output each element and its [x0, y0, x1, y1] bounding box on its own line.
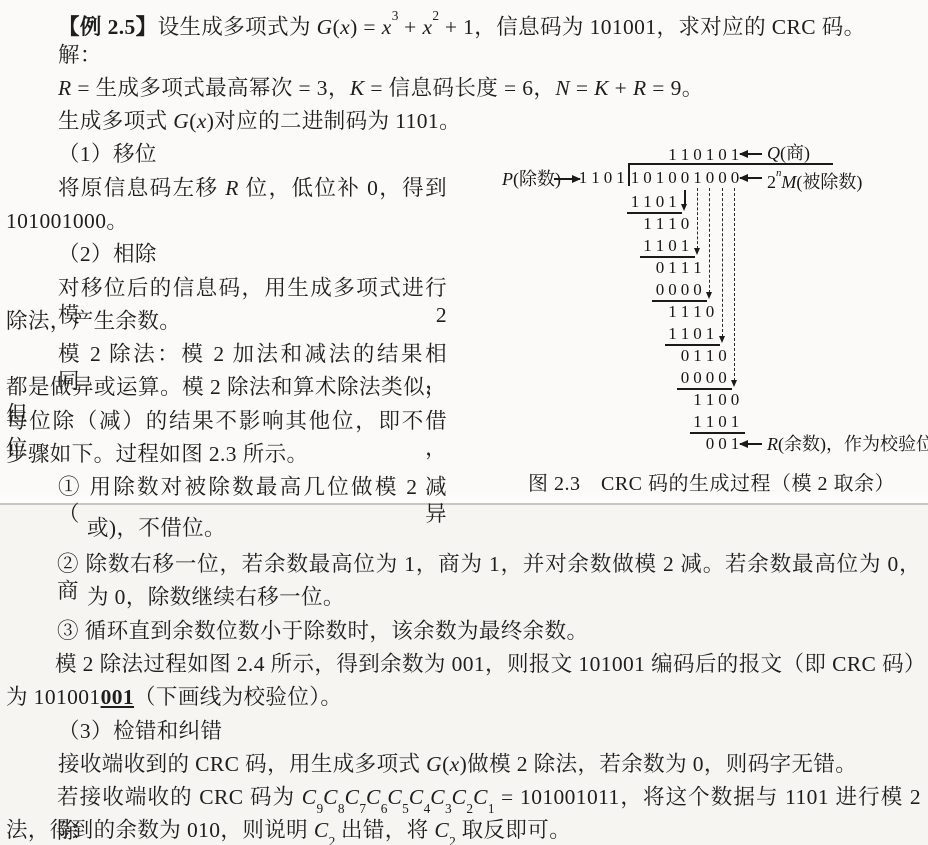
text-line: 除法，产生余数。: [6, 308, 181, 335]
quotient-digit: 1: [679, 145, 692, 165]
work-row-digit: 1: [654, 236, 667, 256]
text-line: 101001000。: [6, 208, 128, 235]
work-row-digit: 0: [679, 280, 692, 300]
left-arrow-icon: [740, 443, 762, 445]
crc-division-figure: P(除数) Q(商) 2nM(被除数) R(余数)，作为校验位 11011101…: [440, 138, 928, 503]
work-row-digit: 1: [666, 324, 679, 344]
dividend-digit: 0: [704, 168, 717, 188]
text-line: R = 生成多项式最高幂次 = 3，K = 信息码长度 = 6，N = K + …: [58, 75, 704, 102]
work-row-digit: 0: [729, 390, 742, 410]
work-row-digit: 1: [641, 214, 654, 234]
bring-down-dashed-line: [709, 188, 710, 293]
quotient-digit: 1: [704, 145, 717, 165]
work-row-digit: 0: [716, 390, 729, 410]
work-row-digit: 1: [666, 192, 679, 212]
remainder-label: R(余数)，作为校验位: [767, 433, 928, 455]
text-line: 解：: [58, 42, 102, 69]
document-page: 【例 2.5】设生成多项式为 G(x) = x3 + x2 + 1，信息码为 1…: [0, 0, 928, 845]
down-arrow-icon: [731, 380, 737, 387]
dividend-digit: 1: [629, 168, 642, 188]
text-line: 或)，不借位。: [87, 515, 226, 542]
dividend-digit: 1: [691, 168, 704, 188]
work-row-digit: 0: [654, 192, 667, 212]
work-row-digit: 1: [679, 324, 692, 344]
divisor-digit: 1: [614, 168, 627, 188]
work-row-digit: 0: [691, 324, 704, 344]
text-line: 接收端收到的 CRC 码，用生成多项式 G(x)做模 2 除法，若余数为 0，则…: [58, 751, 857, 778]
down-arrow-icon: [681, 204, 687, 211]
dividend-label: 2nM(被除数): [767, 167, 862, 193]
work-row-digit: 0: [716, 412, 729, 432]
work-row-digit: 0: [691, 368, 704, 388]
work-row-digit: 1: [641, 236, 654, 256]
bring-down-arrow-shaft: [684, 190, 686, 205]
work-row-digit: 1: [679, 236, 692, 256]
text-line: 将原信息码左移 R 位，低位补 0，得到: [58, 175, 447, 202]
work-row-digit: 0: [691, 280, 704, 300]
work-row-digit: 0: [666, 236, 679, 256]
work-row-digit: 0: [679, 214, 692, 234]
divisor-digit: 1: [589, 168, 602, 188]
quotient-digit: 0: [691, 145, 704, 165]
work-row-digit: 0: [716, 368, 729, 388]
text-line: （1）移位: [58, 141, 157, 168]
bring-down-dashed-line: [697, 188, 698, 249]
work-row-digit: 1: [704, 346, 717, 366]
text-line: 生成多项式 G(x)对应的二进制码为 1101。: [58, 108, 461, 135]
remainder-digit: 0: [716, 434, 729, 454]
left-arrow-icon: [740, 153, 762, 155]
quotient-digit: 0: [716, 145, 729, 165]
work-row-digit: 1: [666, 214, 679, 234]
remainder-digit: 0: [704, 434, 717, 454]
divisor-digit: 0: [602, 168, 615, 188]
work-row-digit: 1: [691, 412, 704, 432]
work-row-digit: 1: [704, 390, 717, 410]
work-row-digit: 1: [691, 346, 704, 366]
text-line: 法，得到的余数为 010，则说明 C2 出错，将 C2 取反即可。: [6, 817, 571, 845]
work-row-digit: 1: [654, 214, 667, 234]
work-row-digit: 0: [654, 258, 667, 278]
work-row-digit: 0: [704, 368, 717, 388]
work-row-digit: 0: [716, 346, 729, 366]
work-row-digit: 0: [666, 280, 679, 300]
bring-down-dashed-line: [734, 188, 735, 381]
text-line: 【例 2.5】设生成多项式为 G(x) = x3 + x2 + 1，信息码为 1…: [58, 8, 866, 41]
down-arrow-icon: [706, 292, 712, 299]
remainder-digit: 1: [729, 434, 742, 454]
quotient-digit: 1: [666, 145, 679, 165]
dividend-digit: 0: [679, 168, 692, 188]
work-row-digit: 1: [679, 258, 692, 278]
left-arrow-icon: [740, 177, 762, 179]
divisor-label: P(除数): [502, 168, 561, 190]
work-row-digit: 1: [691, 258, 704, 278]
work-row-digit: 0: [704, 302, 717, 322]
work-row-digit: 1: [704, 324, 717, 344]
work-row-digit: 1: [666, 258, 679, 278]
work-row-digit: 1: [729, 412, 742, 432]
down-arrow-icon: [719, 336, 725, 343]
work-row-digit: 1: [679, 302, 692, 322]
dividend-digit: 0: [666, 168, 679, 188]
work-row-digit: 1: [691, 302, 704, 322]
work-row-digit: 1: [629, 192, 642, 212]
dividend-digit: 1: [654, 168, 667, 188]
text-line: （2）相除: [58, 241, 157, 268]
dividend-digit: 0: [716, 168, 729, 188]
text-line: 步骤如下。过程如图 2.3 所示。: [6, 441, 308, 468]
bring-down-dashed-line: [722, 188, 723, 337]
work-row-digit: 1: [704, 412, 717, 432]
text-line: 为 101001001（下画线为校验位）。: [6, 684, 342, 711]
quotient-digit: 1: [729, 145, 742, 165]
dividend-digit: 0: [641, 168, 654, 188]
dividend-digit: 0: [729, 168, 742, 188]
work-row-digit: 1: [641, 192, 654, 212]
work-row-digit: 0: [679, 368, 692, 388]
text-line: ③ 循环直到余数位数小于除数时，该余数为最终余数。: [57, 618, 588, 645]
text-line: （3）检错和纠错: [58, 718, 222, 745]
figure-caption: 图 2.3 CRC 码的生成过程（模 2 取余）: [528, 467, 895, 496]
text-line: 为 0，除数继续右移一位。: [87, 584, 345, 611]
down-arrow-icon: [694, 248, 700, 255]
work-row-digit: 0: [679, 346, 692, 366]
work-row-digit: 1: [666, 302, 679, 322]
work-row-digit: 1: [691, 390, 704, 410]
work-row-digit: 0: [654, 280, 667, 300]
divisor-digit: 1: [577, 168, 590, 188]
text-line: 模 2 除法过程如图 2.4 所示，得到余数为 001，则报文 101001 编…: [55, 651, 921, 678]
quotient-label: Q(商): [767, 142, 810, 164]
